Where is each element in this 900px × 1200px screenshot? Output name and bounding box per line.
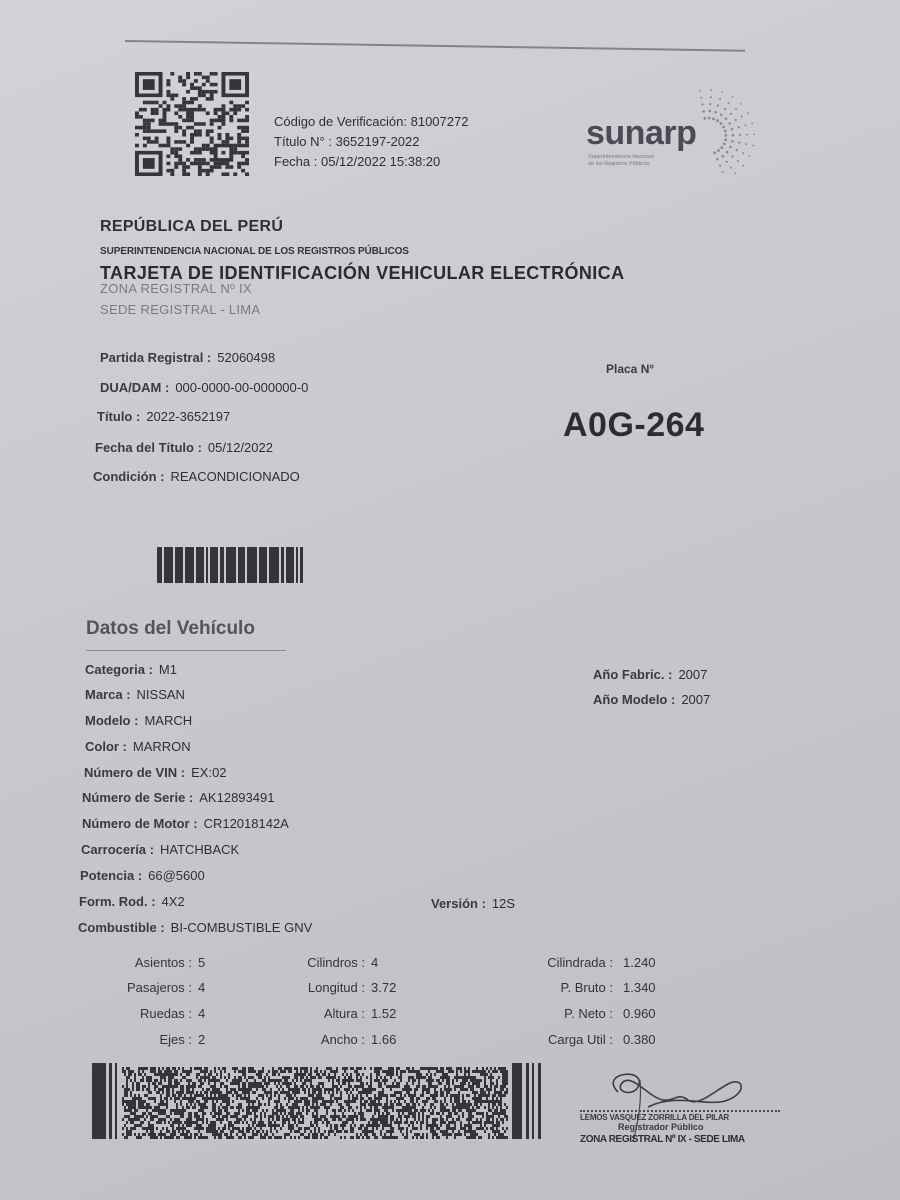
fecha-titulo-label: Fecha del Título : <box>95 440 202 455</box>
motor-field: Número de Motor :CR12018142A <box>82 816 289 831</box>
signature-icon <box>578 1062 778 1162</box>
partida-field: Partida Registral :52060498 <box>100 350 275 365</box>
categoria-value: M1 <box>159 662 177 677</box>
vehicle-identification-card: Código de Verificación: 81007272 Título … <box>0 0 900 1200</box>
logo-wordmark: sunarp <box>586 114 696 153</box>
form-rod-label: Form. Rod. : <box>79 894 156 909</box>
ruedas-value: 4 <box>198 1006 205 1021</box>
peso-bruto-label: P. Bruto : <box>560 980 613 995</box>
verification-code: 81007272 <box>411 114 469 129</box>
color-value: MARRON <box>133 739 191 754</box>
section-divider <box>86 650 286 651</box>
version-field: Versión :12S <box>431 896 515 911</box>
dua-label: DUA/DAM : <box>100 380 169 395</box>
combustible-field: Combustible :BI-COMBUSTIBLE GNV <box>78 920 312 935</box>
motor-value: CR12018142A <box>204 816 289 831</box>
ancho-value: 1.66 <box>371 1032 396 1047</box>
carga-util-label: Carga Util : <box>548 1032 613 1047</box>
carroceria-value: HATCHBACK <box>160 842 239 857</box>
cilindrada-value: 1.240 <box>623 955 656 970</box>
republica-heading: REPÚBLICA DEL PERÚ <box>100 218 283 236</box>
version-label: Versión : <box>431 896 486 911</box>
zona-registral: ZONA REGISTRAL Nº IX <box>100 281 252 296</box>
anio-modelo-value: 2007 <box>681 692 710 707</box>
anio-fabric-value: 2007 <box>678 667 707 682</box>
ejes-label: Ejes : <box>159 1032 192 1047</box>
fecha-titulo-field: Fecha del Título :05/12/2022 <box>95 440 273 455</box>
serie-value: AK12893491 <box>199 790 274 805</box>
form-rod-value: 4X2 <box>162 894 185 909</box>
placa-value: A0G-264 <box>563 406 704 445</box>
cilindros-value: 4 <box>371 955 378 970</box>
titulo-number: 3652197-2022 <box>336 134 420 149</box>
modelo-value: MARCH <box>144 713 192 728</box>
dua-value: 000-0000-00-000000-0 <box>175 380 308 395</box>
sunarp-logo: sunarp Superintendencia Nacional de los … <box>580 88 760 178</box>
peso-bruto-value: 1.340 <box>623 980 656 995</box>
altura-label: Altura : <box>324 1006 365 1021</box>
potencia-label: Potencia : <box>80 868 142 883</box>
ruedas-label: Ruedas : <box>140 1006 192 1021</box>
pasajeros-value: 4 <box>198 980 205 995</box>
ejes-value: 2 <box>198 1032 205 1047</box>
carga-util-value: 0.380 <box>623 1032 656 1047</box>
titulo-field-value: 2022-3652197 <box>146 409 230 424</box>
signer-zone: ZONA REGISTRAL Nº IX - SEDE LIMA <box>580 1134 745 1145</box>
fecha-titulo-value: 05/12/2022 <box>208 440 273 455</box>
combustible-label: Combustible : <box>78 920 165 935</box>
titulo-label: Título N° : <box>274 134 332 149</box>
logo-subtitle-line2: de los Registros Públicos <box>588 161 654 168</box>
marca-field: Marca :NISSAN <box>85 687 185 702</box>
carroceria-label: Carrocería : <box>81 842 154 857</box>
dua-field: DUA/DAM :000-0000-00-000000-0 <box>100 380 308 395</box>
titulo-field-label: Título : <box>97 409 140 424</box>
modelo-field: Modelo :MARCH <box>85 713 192 728</box>
anio-modelo-field: Año Modelo :2007 <box>593 692 710 707</box>
marca-value: NISSAN <box>137 687 185 702</box>
cilindrada-label: Cilindrada : <box>547 955 613 970</box>
version-value: 12S <box>492 896 515 911</box>
longitud-label: Longitud : <box>308 980 365 995</box>
potencia-value: 66@5600 <box>148 868 205 883</box>
carroceria-field: Carrocería :HATCHBACK <box>81 842 239 857</box>
longitud-value: 3.72 <box>371 980 396 995</box>
qr-code-icon <box>135 72 249 176</box>
condicion-label: Condición : <box>93 469 165 484</box>
signer-role: Registrador Público <box>618 1122 704 1132</box>
condicion-value: REACONDICIONADO <box>171 469 300 484</box>
motor-label: Número de Motor : <box>82 816 198 831</box>
vin-value: EX:02 <box>191 765 226 780</box>
peso-neto-value: 0.960 <box>623 1006 656 1021</box>
signature-line <box>580 1110 780 1112</box>
form-rod-field: Form. Rod. :4X2 <box>79 894 185 909</box>
color-field: Color :MARRON <box>85 739 191 754</box>
section-title-datos-vehiculo: Datos del Vehículo <box>86 618 255 640</box>
asientos-label: Asientos : <box>135 955 192 970</box>
small-barcode-icon <box>157 547 303 583</box>
asientos-value: 5 <box>198 955 205 970</box>
potencia-field: Potencia :66@5600 <box>80 868 205 883</box>
categoria-label: Categoria : <box>85 662 153 677</box>
anio-modelo-label: Año Modelo : <box>593 692 675 707</box>
signer-name: LEMOS VASQUEZ ZORRILLA DEL PILAR <box>580 1113 729 1122</box>
anio-fabric-label: Año Fabric. : <box>593 667 672 682</box>
partida-label: Partida Registral : <box>100 350 211 365</box>
condicion-field: Condición :REACONDICIONADO <box>93 469 300 484</box>
cilindros-label: Cilindros : <box>307 955 365 970</box>
marca-label: Marca : <box>85 687 131 702</box>
logo-subtitle-line1: Superintendencia Nacional <box>588 154 654 161</box>
pasajeros-label: Pasajeros : <box>127 980 192 995</box>
top-divider <box>125 40 745 52</box>
verification-block: Código de Verificación: 81007272 Título … <box>274 112 468 172</box>
peso-neto-label: P. Neto : <box>564 1006 613 1021</box>
vin-field: Número de VIN :EX:02 <box>84 765 227 780</box>
serie-field: Número de Serie :AK12893491 <box>82 790 274 805</box>
logo-subtitle: Superintendencia Nacional de los Registr… <box>588 154 654 168</box>
placa-label: Placa N° <box>606 362 654 376</box>
altura-value: 1.52 <box>371 1006 396 1021</box>
categoria-field: Categoria :M1 <box>85 662 177 677</box>
fecha-value: 05/12/2022 15:38:20 <box>321 154 440 169</box>
serie-label: Número de Serie : <box>82 790 193 805</box>
partida-value: 52060498 <box>217 350 275 365</box>
sede-registral: SEDE REGISTRAL - LIMA <box>100 302 260 317</box>
verification-label: Código de Verificación: <box>274 114 407 129</box>
color-label: Color : <box>85 739 127 754</box>
pdf417-barcode-icon <box>92 1063 546 1139</box>
vin-label: Número de VIN : <box>84 765 185 780</box>
fecha-label: Fecha : <box>274 154 317 169</box>
superintendencia-heading: SUPERINTENDENCIA NACIONAL DE LOS REGISTR… <box>100 246 409 257</box>
ancho-label: Ancho : <box>321 1032 365 1047</box>
combustible-value: BI-COMBUSTIBLE GNV <box>171 920 313 935</box>
anio-fabric-field: Año Fabric. :2007 <box>593 667 707 682</box>
titulo-field: Título :2022-3652197 <box>97 409 230 424</box>
modelo-label: Modelo : <box>85 713 138 728</box>
